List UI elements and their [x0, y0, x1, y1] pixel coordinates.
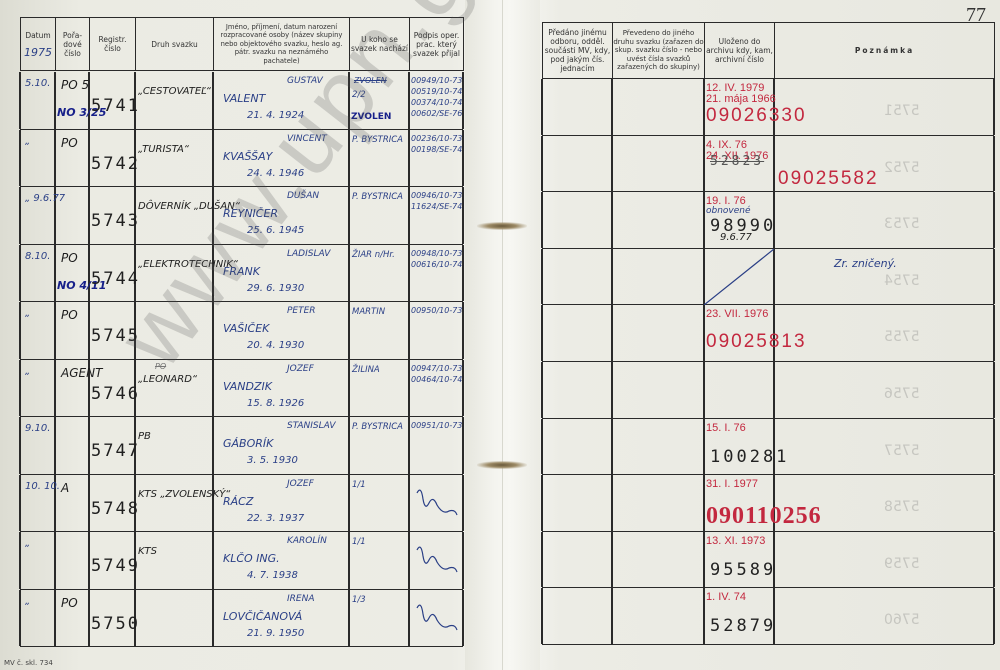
- grid-line: [19, 245, 21, 302]
- grid-line: [212, 245, 214, 302]
- archive-date-stamp: 13. XI. 1973: [706, 535, 765, 547]
- cell-u-koho-struck: ZVOLEN: [354, 76, 387, 85]
- cell-podpis-line: 00236/10-73: [411, 134, 462, 143]
- cell-poradove: PO 5: [61, 78, 89, 92]
- grid-line: [212, 360, 214, 417]
- archive-date-stamp: 1. IV. 74: [706, 591, 746, 603]
- archive-date-stamp: 31. I. 1977: [706, 478, 758, 490]
- grid-line: [611, 532, 613, 588]
- ghost-register-number: 5760: [884, 612, 920, 628]
- grid-line: [541, 588, 543, 644]
- grid-line: [703, 79, 705, 135]
- grid-line: [348, 590, 350, 647]
- cell-datum: 8.10.: [25, 251, 50, 262]
- cell-registr-cislo: 5746: [91, 384, 140, 404]
- grid-line: [993, 588, 995, 644]
- cell-podpis-line: 00374/10-74: [411, 98, 462, 107]
- cell-podpis-line: 00951/10-73: [411, 421, 462, 430]
- grid-line: [54, 130, 56, 187]
- cell-u-koho: ŽIAR n/Hr.: [352, 250, 395, 260]
- header-meno: Jméno, příjmení, datum narození rozpraco…: [214, 18, 350, 71]
- grid-line: [88, 590, 90, 647]
- grid-line: [993, 362, 995, 418]
- grid-line: [348, 475, 350, 532]
- ghost-register-number: 5755: [884, 329, 920, 345]
- archive-number: 090110256: [706, 503, 822, 530]
- cell-birth-date: 21. 9. 1950: [247, 628, 304, 639]
- table-row: 12. IV. 197921. mája 1966090263305751: [542, 79, 994, 136]
- grid-line: [54, 302, 56, 359]
- grid-line: [19, 590, 21, 647]
- cell-u-koho: 1/1: [352, 480, 366, 490]
- cell-first-name: STANISLAV: [287, 421, 336, 431]
- archive-note: obnovené: [706, 206, 751, 216]
- header-druh-svazku: Druh svazku: [136, 18, 214, 71]
- cell-birth-date: 15. 8. 1926: [247, 398, 304, 409]
- cell-birth-date: 20. 4. 1930: [247, 340, 304, 351]
- cell-podpis-line: 00947/10-73: [411, 364, 462, 373]
- right-page: 77 Předáno jinému odboru, odděl. součást…: [540, 0, 1000, 670]
- cell-druh-svazku: KTS „ZVOLENSKÝ“: [138, 489, 230, 500]
- table-row: 13. XI. 1973955895759: [542, 532, 994, 589]
- cell-registr-cislo: 5745: [91, 326, 140, 346]
- grid-line: [541, 532, 543, 588]
- cell-surname: FRANK: [223, 265, 260, 278]
- archive-number: 09025582: [778, 168, 879, 190]
- grid-line: [541, 249, 543, 305]
- table-row: 19. I. 76obnovené989909.6.775753: [542, 192, 994, 249]
- cell-podpis-line: 00948/10-73: [411, 249, 462, 258]
- cell-u-koho: P. BYSTRICA: [352, 192, 403, 202]
- grid-line: [993, 79, 995, 135]
- cell-surname: VALENT: [223, 92, 265, 105]
- cell-first-name: LADISLAV: [287, 249, 330, 259]
- grid-line: [611, 419, 613, 475]
- grid-line: [88, 187, 90, 244]
- grid-line: [88, 302, 90, 359]
- cell-birth-date: 3. 5. 1930: [247, 455, 298, 466]
- header-u-koho: U koho se svazek nachází: [350, 18, 410, 71]
- grid-line: [348, 187, 350, 244]
- grid-line: [408, 475, 410, 532]
- cell-poradove: PO: [61, 251, 78, 265]
- binding-fold: [502, 0, 503, 670]
- grid-line: [408, 417, 410, 474]
- cell-podpis-line: 11624/SE-74: [411, 202, 462, 211]
- grid-line: [993, 305, 995, 361]
- table-row: 23. VII. 1976090258135755: [542, 305, 994, 362]
- poznamka-note: Zr. zničený.: [834, 257, 897, 270]
- cell-surname: REYNIČER: [223, 207, 278, 220]
- cell-first-name: VINCENT: [287, 134, 327, 144]
- grid-line: [212, 72, 214, 129]
- grid-line: [88, 130, 90, 187]
- cell-surname: VANDZIK: [223, 380, 272, 393]
- cell-podpis-line: 00616/10-74: [411, 260, 462, 269]
- cell-surname: VAŠIČEK: [223, 322, 269, 335]
- grid-line: [348, 245, 350, 302]
- header-registr-cislo: Registr. číslo: [90, 18, 136, 71]
- grid-line: [541, 362, 543, 418]
- cell-u-koho: P. BYSTRICA: [352, 135, 403, 145]
- grid-line: [703, 305, 705, 361]
- archive-number: 52879: [710, 616, 776, 636]
- cell-u-koho: 1/1: [352, 537, 366, 547]
- cell-datum: 10. 10.: [25, 481, 60, 492]
- cell-podpis-line: 00198/SE-74: [411, 145, 462, 154]
- header-row: Datum1975 Pořa-dové číslo Registr. číslo…: [21, 18, 464, 71]
- table-row: „PO5742„TURISTA“VINCENTKVAŠŠAY24. 4. 194…: [20, 130, 463, 188]
- table-row: 9.10.5747PBSTANISLAVGÁBORÍK3. 5. 1930P. …: [20, 417, 463, 475]
- table-row: 15. I. 761002815757: [542, 419, 994, 476]
- grid-line: [212, 130, 214, 187]
- grid-line: [703, 532, 705, 588]
- cell-first-name: IRENA: [287, 594, 314, 604]
- cell-birth-date: 29. 6. 1930: [247, 283, 304, 294]
- grid-line: [88, 417, 90, 474]
- binding-hole-top: [477, 222, 527, 230]
- grid-line: [19, 187, 21, 244]
- grid-line: [541, 305, 543, 361]
- cell-datum: „: [25, 538, 30, 549]
- ghost-register-number: 5752: [884, 160, 920, 176]
- header-podpis: Podpis oper. prac. který svazek přijal: [410, 18, 464, 71]
- archive-number: 09025813: [706, 331, 807, 353]
- cell-druh-svazku: PB: [138, 431, 151, 442]
- grid-line: [611, 305, 613, 361]
- archive-date-stamp: 15. I. 76: [706, 422, 746, 434]
- cell-u-koho: 2/2: [352, 90, 366, 100]
- grid-line: [703, 192, 705, 248]
- ghost-register-number: 5753: [884, 216, 920, 232]
- grid-line: [993, 419, 995, 475]
- cell-datum: „ 9.6.77: [25, 193, 65, 204]
- year-label: 1975: [21, 48, 55, 57]
- grid-line: [541, 136, 543, 192]
- cell-datum: „: [25, 308, 30, 319]
- archive-number: 95589: [710, 560, 776, 580]
- table-row: „5749KTSKAROLÍNKLČO ING.4. 7. 19381/1: [20, 532, 463, 590]
- ghost-register-number: 5757: [884, 443, 920, 459]
- grid-line: [408, 130, 410, 187]
- cell-datum: 5.10.: [25, 78, 50, 89]
- archive-number: 09026330: [706, 105, 807, 127]
- grid-line: [993, 532, 995, 588]
- table-row: „AGENT5746„LEONARD“JOZEFVANDZIK15. 8. 19…: [20, 360, 463, 418]
- cell-druh-svazku: „TURISTA“: [138, 144, 189, 155]
- left-register-table: Datum1975 Pořa-dové číslo Registr. číslo…: [20, 17, 464, 71]
- archive-number: 100281: [710, 447, 789, 467]
- grid-line: [773, 136, 775, 192]
- table-row: 8.10.PONO 4/115744„ELEKTROTECHNIK“LADISL…: [20, 245, 463, 303]
- cell-surname: RÁCZ: [223, 495, 253, 508]
- archive-sub-date: 9.6.77: [720, 232, 752, 243]
- header-prevedeno: Převedeno do jiného druhu svazku (zařaze…: [613, 23, 705, 79]
- cell-registr-cislo: 5744: [91, 269, 140, 289]
- grid-line: [212, 590, 214, 647]
- table-row: „PO5750IRENALOVČIČANOVÁ21. 9. 19501/3: [20, 590, 463, 648]
- grid-line: [541, 419, 543, 475]
- table-row: 4. IX. 7624. XII. 197652823090255825752: [542, 136, 994, 193]
- grid-line: [611, 362, 613, 418]
- grid-line: [54, 360, 56, 417]
- grid-line: [88, 245, 90, 302]
- cell-birth-date: 25. 6. 1945: [247, 225, 304, 236]
- cell-registr-cislo: 5749: [91, 556, 140, 576]
- grid-line: [348, 417, 350, 474]
- grid-line: [19, 360, 21, 417]
- grid-line: [408, 590, 410, 647]
- grid-line: [993, 192, 995, 248]
- archive-struck-number: 52823: [710, 154, 764, 169]
- grid-line: [611, 79, 613, 135]
- grid-line: [88, 475, 90, 532]
- grid-line: [703, 475, 705, 531]
- signature-icon: [413, 540, 461, 584]
- cell-poradove: PO: [61, 136, 78, 150]
- grid-line: [408, 302, 410, 359]
- cell-u-koho: 1/3: [352, 595, 366, 605]
- cell-registr-cislo: 5742: [91, 154, 140, 174]
- grid-line: [611, 475, 613, 531]
- book-binding: [465, 0, 540, 670]
- cell-druh-svazku: „CESTOVATEĽ“: [138, 86, 211, 97]
- grid-line: [348, 302, 350, 359]
- ledger-spread: Datum1975 Pořa-dové číslo Registr. číslo…: [0, 0, 1000, 670]
- cell-first-name: GUSTAV: [287, 76, 323, 86]
- cell-registr-cislo: 5743: [91, 211, 140, 231]
- grid-line: [993, 249, 995, 305]
- cell-first-name: PETER: [287, 306, 316, 316]
- grid-line: [54, 532, 56, 589]
- grid-line: [611, 136, 613, 192]
- cell-first-name: JOZEF: [287, 479, 314, 489]
- ghost-register-number: 5758: [884, 499, 920, 515]
- diagonal-strike-icon: [704, 249, 774, 305]
- table-row: 10. 10.A5748KTS „ZVOLENSKÝ“JOZEFRÁCZ22. …: [20, 475, 463, 533]
- cell-poradove: PO: [61, 308, 78, 322]
- cell-datum: „: [25, 596, 30, 607]
- cell-poradove: AGENT: [61, 366, 102, 380]
- grid-line: [408, 72, 410, 129]
- grid-line: [703, 588, 705, 644]
- grid-line: [703, 419, 705, 475]
- grid-line: [348, 72, 350, 129]
- cell-first-name: DUŠAN: [287, 191, 319, 201]
- cell-birth-date: 22. 3. 1937: [247, 513, 304, 524]
- cell-u-koho-extra: ZVOLEN: [351, 112, 391, 122]
- cell-podpis-line: 00949/10-73: [411, 76, 462, 85]
- cell-druh-svazku: KTS: [138, 546, 157, 557]
- table-row: „ 9.6.775743DÔVERNÍK „DUŠAN“DUŠANREYNIČE…: [20, 187, 463, 245]
- cell-registr-cislo: 5741: [91, 96, 140, 116]
- grid-line: [54, 417, 56, 474]
- grid-line: [408, 245, 410, 302]
- grid-line: [703, 362, 705, 418]
- cell-druh-struck: PO: [155, 362, 166, 371]
- signature-icon: [413, 483, 461, 527]
- grid-line: [462, 475, 464, 532]
- cell-first-name: KAROLÍN: [287, 536, 327, 546]
- cell-datum: „: [25, 136, 30, 147]
- archive-date-stamp: 23. VII. 1976: [706, 308, 768, 320]
- grid-line: [611, 192, 613, 248]
- header-predano: Předáno jinému odboru, odděl. součásti M…: [543, 23, 613, 79]
- grid-line: [54, 590, 56, 647]
- grid-line: [462, 590, 464, 647]
- cell-podpis-line: 00519/10-74: [411, 87, 462, 96]
- grid-line: [541, 79, 543, 135]
- cell-u-koho: MARTIN: [352, 307, 385, 317]
- cell-birth-date: 21. 4. 1924: [247, 110, 304, 121]
- grid-line: [212, 417, 214, 474]
- signature-icon: [413, 598, 461, 642]
- grid-line: [408, 532, 410, 589]
- cell-podpis-line: 00946/10-73: [411, 191, 462, 200]
- grid-line: [19, 417, 21, 474]
- grid-line: [611, 249, 613, 305]
- grid-line: [88, 532, 90, 589]
- grid-line: [212, 302, 214, 359]
- table-row: „PO5745PETERVAŠIČEK20. 4. 1930MARTIN0095…: [20, 302, 463, 360]
- cell-datum: „: [25, 366, 30, 377]
- archive-date-stamp: 21. mája 1966: [706, 93, 776, 105]
- grid-line: [348, 360, 350, 417]
- cell-datum: 9.10.: [25, 423, 50, 434]
- grid-line: [993, 475, 995, 531]
- grid-line: [19, 72, 21, 129]
- cell-surname: GÁBORÍK: [223, 437, 273, 450]
- grid-line: [348, 130, 350, 187]
- grid-line: [541, 475, 543, 531]
- ghost-register-number: 5759: [884, 556, 920, 572]
- cell-podpis-line: 00950/10-73: [411, 306, 462, 315]
- cell-registr-cislo: 5747: [91, 441, 140, 461]
- grid-line: [773, 362, 775, 418]
- cell-first-name: JOZEF: [287, 364, 314, 374]
- grid-line: [993, 136, 995, 192]
- header-ulozeno: Uloženo do archivu kdy, kam, archivní čí…: [705, 23, 775, 79]
- cell-registr-cislo: 5750: [91, 614, 140, 634]
- grid-line: [212, 532, 214, 589]
- grid-line: [212, 475, 214, 532]
- cell-u-koho: ŽILINA: [352, 365, 380, 375]
- grid-line: [611, 588, 613, 644]
- cell-surname: LOVČIČANOVÁ: [223, 610, 302, 623]
- header-datum: Datum1975: [21, 18, 56, 71]
- table-row: 5756: [542, 362, 994, 419]
- grid-line: [462, 532, 464, 589]
- cell-druh-svazku: „LEONARD“: [138, 374, 197, 385]
- cell-u-koho: P. BYSTRICA: [352, 422, 403, 432]
- binding-hole-bottom: [477, 461, 527, 469]
- table-row: 1. IV. 74528795760: [542, 588, 994, 645]
- cell-podpis-line: 00602/SE-76: [411, 109, 462, 118]
- grid-line: [703, 136, 705, 192]
- header-row: Předáno jinému odboru, odděl. součásti M…: [543, 23, 995, 79]
- header-poznamka: Poznámka: [775, 23, 995, 79]
- grid-line: [408, 187, 410, 244]
- grid-line: [54, 245, 56, 302]
- header-poradove-cislo: Pořa-dové číslo: [56, 18, 90, 71]
- form-code: MV č. skl. 734: [4, 659, 53, 667]
- cell-surname: KLČO ING.: [223, 552, 280, 565]
- grid-line: [348, 532, 350, 589]
- cell-poradove: A: [61, 481, 69, 495]
- grid-line: [19, 130, 21, 187]
- cell-birth-date: 4. 7. 1938: [247, 570, 298, 581]
- cell-podpis-line: 00464/10-74: [411, 375, 462, 384]
- ghost-register-number: 5751: [884, 103, 920, 119]
- grid-line: [54, 72, 56, 129]
- ghost-register-number: 5754: [884, 273, 920, 289]
- cell-poradove: PO: [61, 596, 78, 610]
- grid-line: [541, 192, 543, 248]
- cell-surname: KVAŠŠAY: [223, 150, 272, 163]
- grid-line: [19, 532, 21, 589]
- left-page: Datum1975 Pořa-dové číslo Registr. číslo…: [0, 0, 465, 670]
- table-row: 5.10.PO 5NO 3/255741„CESTOVATEĽ“GUSTAVVA…: [20, 72, 463, 130]
- grid-line: [19, 302, 21, 359]
- grid-line: [19, 475, 21, 532]
- ghost-register-number: 5756: [884, 386, 920, 402]
- table-row: Zr. zničený.5754: [542, 249, 994, 306]
- table-row: 31. I. 19770901102565758: [542, 475, 994, 532]
- cell-birth-date: 24. 4. 1946: [247, 168, 304, 179]
- grid-line: [212, 187, 214, 244]
- right-register-table: Předáno jinému odboru, odděl. součásti M…: [542, 22, 995, 79]
- cell-registr-cislo: 5748: [91, 499, 140, 519]
- grid-line: [408, 360, 410, 417]
